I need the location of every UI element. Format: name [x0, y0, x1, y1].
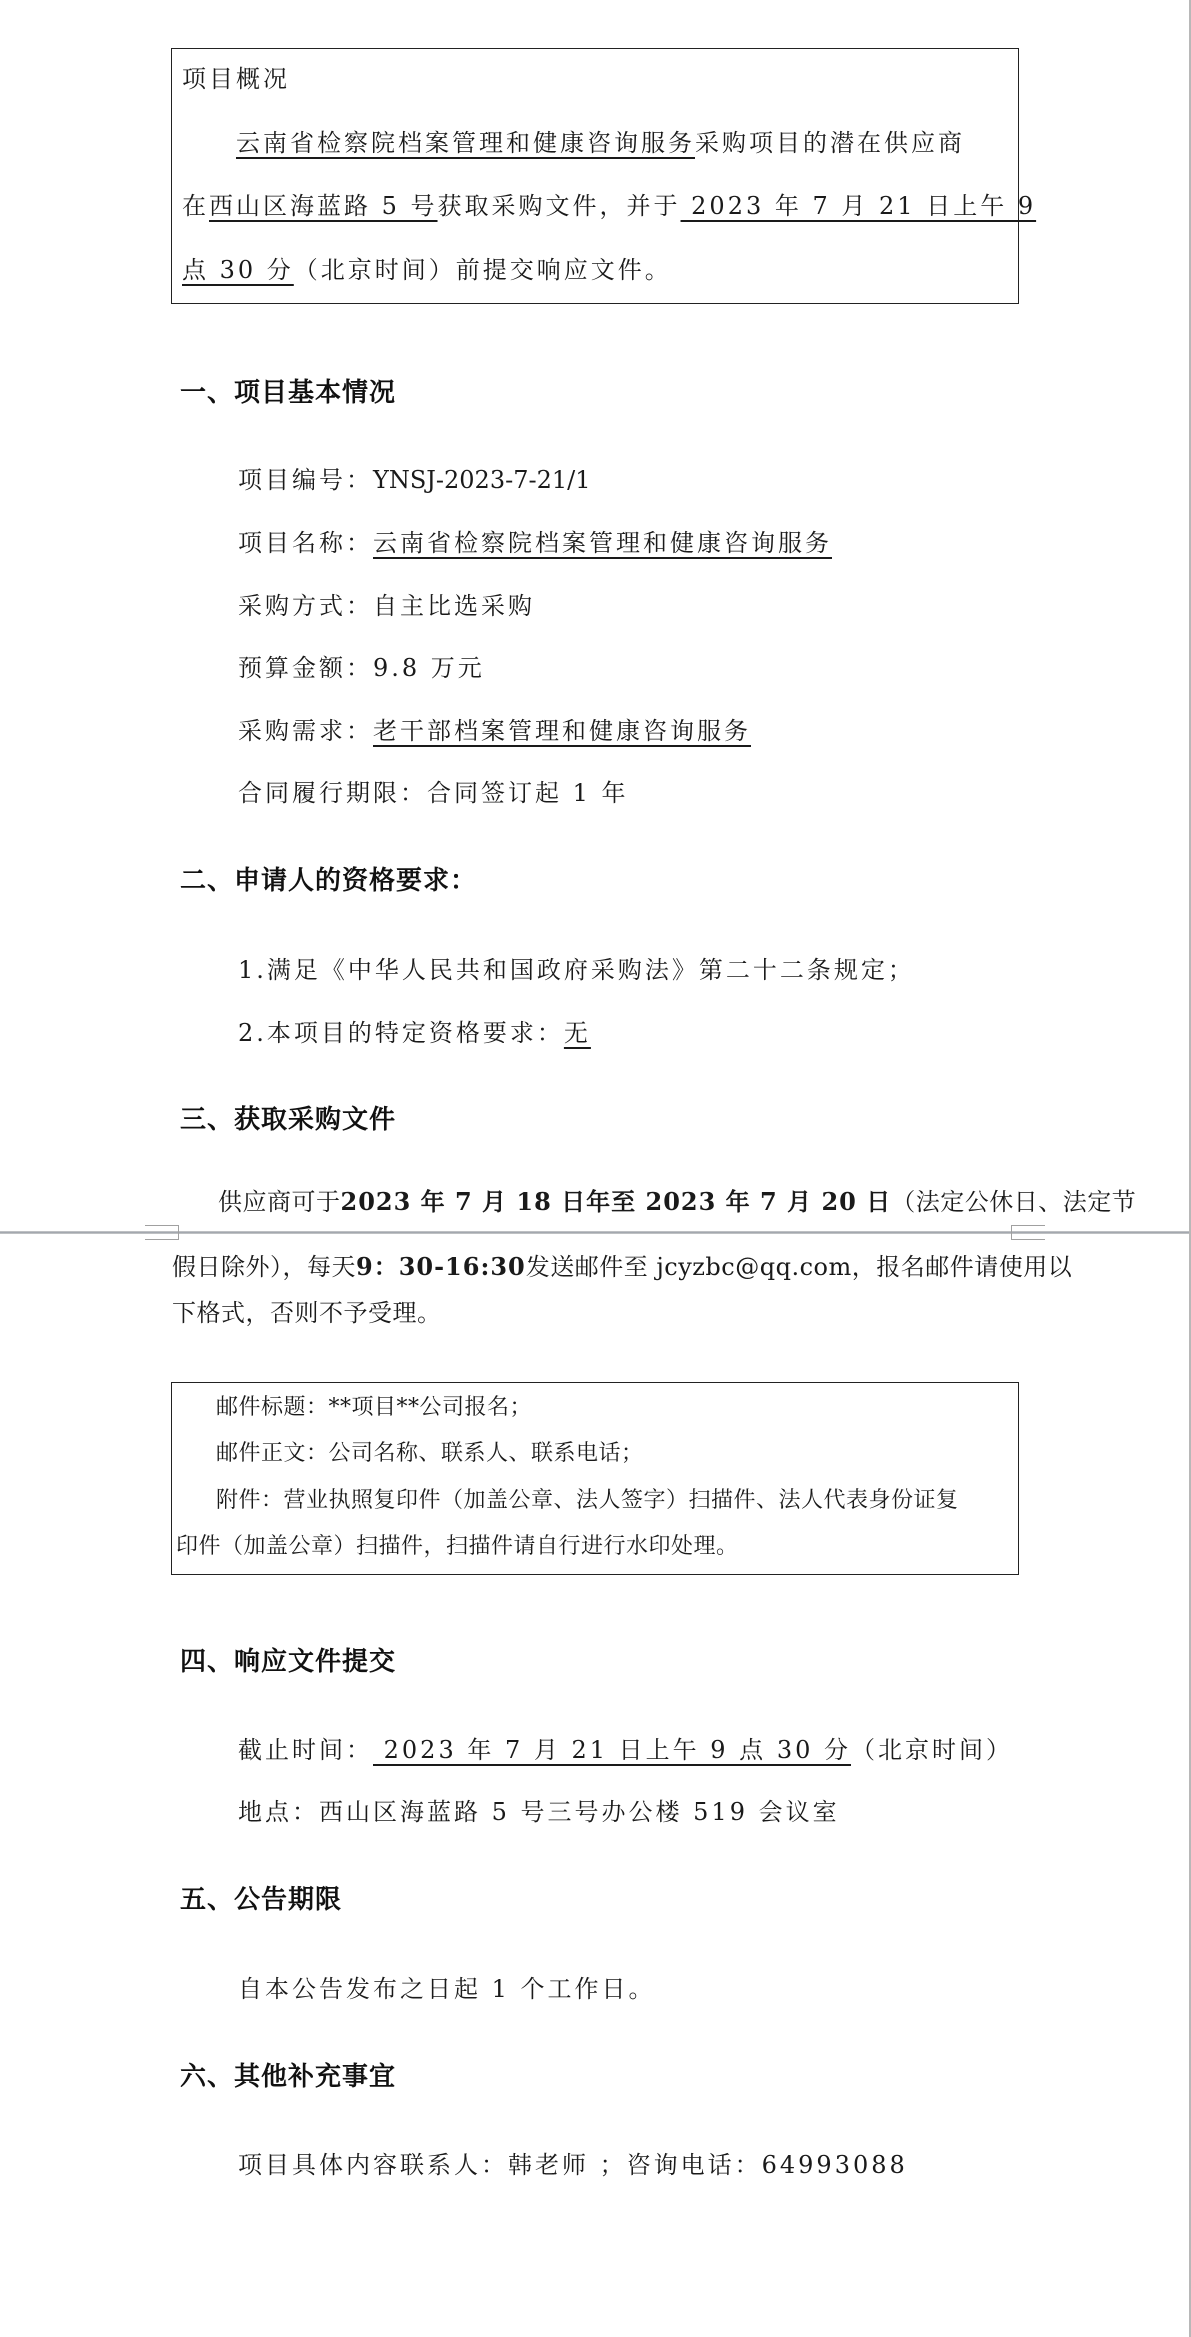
section-3-para-line-2: 假日除外），每天9：30-16:30发送邮件至 jcyzbc@qq.com，报名… — [172, 1252, 1072, 1282]
deadline-line: 截止时间： 2023 年 7 月 21 日上午 9 点 30 分（北京时间） — [238, 1735, 1013, 1765]
para-text: （法定公休日、法定节 — [891, 1188, 1136, 1216]
item-label: 合同履行期限： — [238, 779, 427, 807]
item-requirement: 采购需求：老干部档案管理和健康咨询服务 — [238, 716, 751, 746]
deadline-timezone: （北京时间） — [851, 1736, 1013, 1764]
para-text: 供应商可于 — [218, 1188, 341, 1216]
section-4-heading: 四、响应文件提交 — [180, 1647, 396, 1677]
overview-line-3: 点 30 分（北京时间）前提交响应文件。 — [182, 255, 672, 285]
qualification-item-2-value: 无 — [564, 1019, 591, 1047]
location-line: 地点：西山区海蓝路 5 号三号办公楼 519 会议室 — [238, 1797, 840, 1827]
section-3-para-line-1: 供应商可于2023 年 7 月 18 日年至 2023 年 7 月 20 日（法… — [218, 1187, 1136, 1217]
item-label: 项目名称： — [238, 529, 373, 557]
item-project-number: 项目编号：YNSJ-2023-7-21/1 — [238, 465, 590, 495]
section-6-heading: 六、其他补充事宜 — [180, 2062, 396, 2092]
section-1-heading: 一、项目基本情况 — [180, 378, 396, 408]
item-value: 云南省检察院档案管理和健康咨询服务 — [373, 529, 832, 557]
project-name-link: 云南省检察院档案管理和健康咨询服务 — [236, 129, 695, 157]
section-5-heading: 五、公告期限 — [180, 1885, 342, 1915]
qualification-item-1: 1.满足《中华人民共和国政府采购法》第二十二条规定； — [238, 955, 915, 985]
email-attachment-format-2: 印件（加盖公章）扫描件，扫描件请自行进行水印处理。 — [176, 1532, 739, 1562]
overview-line-2-mid: 获取采购文件，并于 — [438, 192, 681, 220]
email-body-format: 邮件正文：公司名称、联系人、联系电话； — [216, 1439, 644, 1469]
contact-line: 项目具体内容联系人：韩老师 ；咨询电话：64993088 — [238, 2150, 908, 2180]
item-value: 自主比选采购 — [373, 592, 535, 620]
para-text: 假日除外），每天 — [172, 1253, 356, 1281]
announcement-period: 自本公告发布之日起 1 个工作日。 — [238, 1974, 656, 2004]
item-label: 项目编号： — [238, 466, 373, 494]
registration-period: 2023 年 7 月 18 日年至 2023 年 7 月 20 日 — [341, 1187, 892, 1216]
item-value: YNSJ-2023-7-21/1 — [373, 466, 590, 494]
overview-line-1: 云南省检察院档案管理和健康咨询服务采购项目的潜在供应商 — [236, 128, 965, 158]
item-project-name: 项目名称：云南省检察院档案管理和健康咨询服务 — [238, 528, 832, 558]
section-2-heading: 二、申请人的资格要求： — [180, 866, 477, 896]
deadline-value: 2023 年 7 月 21 日上午 9 点 30 分 — [373, 1736, 851, 1764]
registration-hours: 9：30-16:30 — [356, 1252, 526, 1281]
item-contract-term: 合同履行期限：合同签订起 1 年 — [238, 778, 629, 808]
item-procurement-method: 采购方式：自主比选采购 — [238, 591, 535, 621]
item-label: 采购方式： — [238, 592, 373, 620]
overview-line-2: 在西山区海蓝路 5 号获取采购文件，并于 2023 年 7 月 21 日上午 9 — [182, 191, 1036, 221]
submission-date: 2023 年 7 月 21 日上午 9 — [681, 192, 1037, 220]
overview-line-2-prefix: 在 — [182, 192, 209, 220]
item-budget: 预算金额：9.8 万元 — [238, 653, 485, 683]
overview-title: 项目概况 — [182, 64, 290, 94]
item-value: 合同签订起 1 年 — [427, 779, 629, 807]
overview-line-1-rest: 采购项目的潜在供应商 — [695, 129, 965, 157]
section-3-para-line-3: 下格式，否则不予受理。 — [172, 1298, 442, 1328]
item-label: 预算金额： — [238, 654, 373, 682]
qualification-item-2: 2.本项目的特定资格要求：无 — [238, 1018, 591, 1048]
section-3-heading: 三、获取采购文件 — [180, 1105, 396, 1135]
email-subject-format: 邮件标题：**项目**公司报名； — [216, 1393, 532, 1423]
pickup-location: 西山区海蓝路 5 号 — [209, 192, 438, 220]
overview-line-3-rest: （北京时间）前提交响应文件。 — [294, 256, 672, 284]
page-corner-mark-left — [145, 1225, 179, 1240]
para-text: 发送邮件至 jcyzbc@qq.com，报名邮件请使用以 — [526, 1253, 1073, 1281]
item-value: 老干部档案管理和健康咨询服务 — [373, 717, 751, 745]
item-label: 采购需求： — [238, 717, 373, 745]
deadline-label: 截止时间： — [238, 1736, 373, 1764]
item-value: 9.8 万元 — [373, 654, 485, 682]
qualification-item-2-label: 2.本项目的特定资格要求： — [238, 1019, 564, 1047]
page-corner-mark-right — [1011, 1225, 1045, 1240]
email-attachment-format-1: 附件：营业执照复印件（加盖公章、法人签字）扫描件、法人代表身份证复 — [216, 1486, 959, 1516]
submission-time: 点 30 分 — [182, 256, 294, 284]
